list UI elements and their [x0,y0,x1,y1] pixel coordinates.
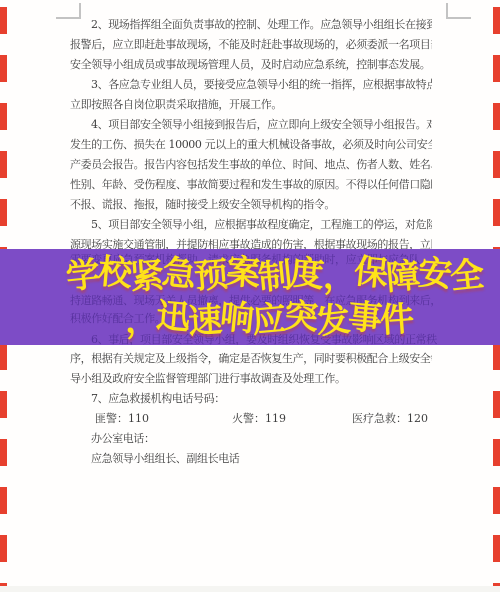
banner-title-char: 应 [250,298,286,343]
banner-title-char: 校 [96,251,132,296]
banner-title-char: 发 [314,298,350,343]
banner-title-char: 安 [417,252,452,296]
phone-fire: 火警：119 [232,411,286,426]
banner-title-char: 学 [64,253,100,298]
document-line: 产委员会报告。报告内容包括发生事故的单位、时间、地点、伤者人数、姓名、 [70,157,432,173]
banner-title-char: 障 [384,255,420,300]
document-line: 立即按照各自岗位职责采取措施，开展工作。 [70,97,432,113]
document-line: 7、应急救援机构电话号码： [70,391,432,407]
document-line: 4、项目部安全领导小组接到报告后，应立即向上级安全领导小组报告。对 [70,117,432,133]
phone-fire-label: 火警 [232,412,254,425]
banner-title-char: 事 [346,296,382,341]
banner-title-char: ， [122,297,158,342]
banner-title-char: 全 [448,253,484,298]
headline-banner: 6、事后，项目部安全领导小组，要及时组织恢复受事故影响区域的正常秩积极作好配合工… [0,249,500,345]
banner-title-char: 急 [160,251,196,296]
phone-medical: 医疗急救：120 [352,411,428,426]
banner-title-line2: ，迅速响应突发事件 [18,298,500,342]
phone-police-number: 110 [128,412,149,425]
document-line: 办公室电话： [70,431,432,447]
document-line: 3、各应急专业组人员，要接受应急领导小组的统一指挥，应根据事故特点， [70,77,432,93]
phone-fire-number: 119 [265,412,286,425]
banner-title-char: 度 [288,252,324,297]
page-bottom-edge [0,586,500,592]
banner-title-char: 突 [283,295,318,339]
banner-title-char: 案 [225,251,260,295]
phone-medical-number: 120 [407,412,428,425]
document-line: 序，根据有关规定及上级指令，确定是否恢复生产，同时要积极配合上级安全领 [70,351,432,367]
document-line: 发生的工伤、损失在 10000 元以上的重大机械设备事故，必须及时向公司安全生 [70,137,432,153]
banner-title-line1: 学校紧急预案制度，保障安全 [24,254,500,298]
document-line: 2、现场指挥组全面负责事故的控制、处理工作。应急领导小组组长在接到 [70,17,432,33]
banner-title-char: 预 [192,254,228,299]
document-line: 性别、年龄、受伤程度、事故简要过程和发生事故的原因。不得以任何借口隐瞒 [70,177,432,193]
document-line: 导小组及政府安全监督管理部门进行事故调查及处理工作。 [70,371,432,387]
phone-medical-label: 医疗急救 [352,412,396,425]
document-line: 应急领导小组组长、副组长电话 [70,451,432,467]
banner-title-char: 保 [352,250,388,295]
document-line: 报警后，应立即赶赴事故现场，不能及时赶赴事故现场的，必须委派一名项目部 [70,37,432,53]
emergency-phone-row: 匪警：110 火警：119 医疗急救：120 [70,411,432,427]
banner-title-char: 件 [379,298,414,342]
document-line: 不报、谎报、拖报，随时接受上级安全领导机构的指令。 [70,197,432,213]
banner-title-char: 响 [218,295,254,340]
banner-title-char: 迅 [154,295,190,340]
document-page: 匪警：110 火警：119 医疗急救：120 2、现场指挥组全面负责事故的控制、… [0,0,500,592]
banner-title-char: ， [321,254,356,298]
phone-police-label: 匪警 [95,412,117,425]
banner-title-char: 速 [187,299,222,343]
phone-police: 匪警：110 [95,411,149,426]
banner-title-char: 紧 [129,255,164,299]
document-line: 5、项目部安全领导小组，应根据事故程度确定，工程施工的停运，对危险 [70,217,432,233]
banner-title-char: 制 [256,254,292,299]
document-line: 安全领导小组成员或事故现场管理人员，及时启动应急系统，控制事态发展。 [70,57,432,73]
